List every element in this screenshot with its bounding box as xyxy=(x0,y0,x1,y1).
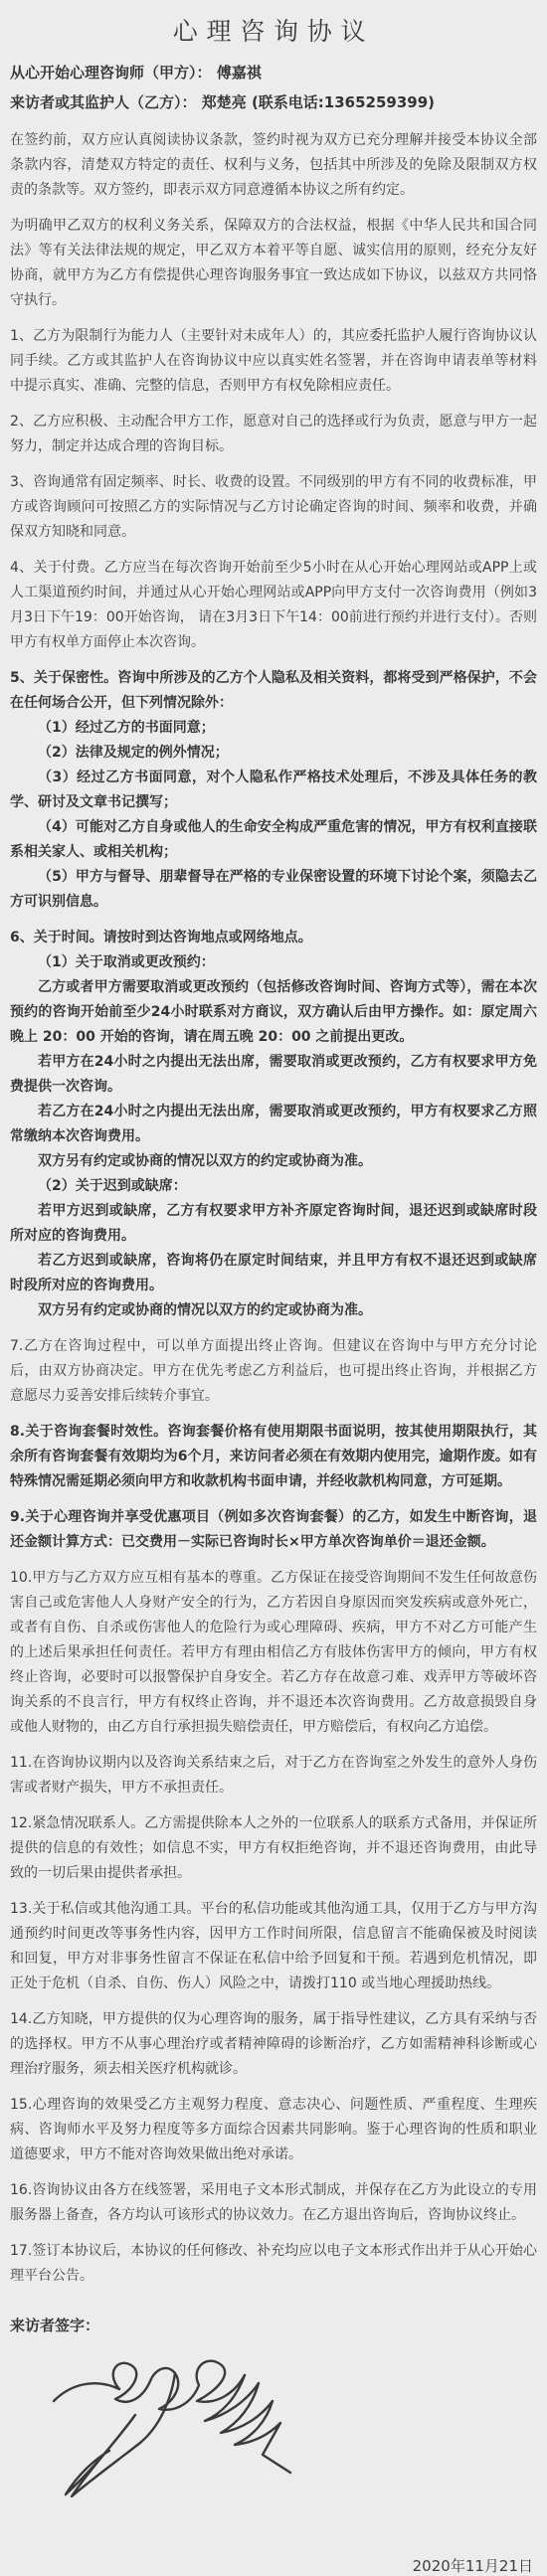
visitor-signature-icon xyxy=(48,2343,296,2502)
agreement-paragraph: 乙方或者甲方需要取消或更改预约（包括修改咨询时间、咨询方式等），需在本次预约的咨… xyxy=(10,975,537,1050)
agreement-paragraph: （5）甲方与督导、朋辈督导在严格的专业保密设置的环境下讨论个案，须隐去乙方可识别… xyxy=(10,865,537,915)
agreement-paragraph: 双方另有约定或协商的情况以双方的约定或协商为准。 xyxy=(10,1298,537,1323)
agreement-paragraph: 13.关于私信或其他沟通工具。平台的私信功能或其他沟通工具，仅用于乙方与甲方沟通… xyxy=(10,1897,537,1996)
signature-area xyxy=(10,2343,537,2507)
agreement-paragraph: 4、关于付费。乙方应当在每次咨询开始前至少5小时在从心开始心理网站或APP上或人… xyxy=(10,556,537,655)
agreement-body: 在签约前，双方应认真阅读协议条款，签约时视为双方已充分理解并接受本协议全部条款内… xyxy=(10,128,537,2289)
agreement-paragraph: 3、咨询通常有固定频率、时长、收费的设置。不同级别的甲方有不同的收费标准，甲方或… xyxy=(10,470,537,545)
agreement-paragraph: 1、乙方为限制行为能力人（主要针对未成年人）的，其应委托监护人履行咨询协议认同手… xyxy=(10,324,537,399)
agreement-paragraph: 14.乙方知晓，甲方提供的仅为心理咨询的服务，属于指导性建议，乙方具有采纳与否的… xyxy=(10,2007,537,2082)
party-b-line: 来访者或其监护人（乙方）： 郑楚亮 (联系电话:1365259399) xyxy=(10,87,537,117)
agreement-paragraph: 若甲方在24小时之内提出无法出席，需要取消或更改预约，乙方有权要求甲方免费提供一… xyxy=(10,1050,537,1100)
agreement-paragraph: （2）法律及规定的例外情况； xyxy=(10,741,537,766)
agreement-page: 心理咨询协议 从心开始心理咨询师（甲方）： 傅嘉祺 来访者或其监护人（乙方）： … xyxy=(0,0,547,2576)
signature-date: 2020年11月21日 xyxy=(10,2555,537,2576)
agreement-paragraph: 2、乙方应积极、主动配合甲方工作，愿意对自己的选择或行为负责，愿意与甲方一起努力… xyxy=(10,410,537,459)
agreement-paragraph: 双方另有约定或协商的情况以双方的约定或协商为准。 xyxy=(10,1149,537,1174)
agreement-paragraph: 9.关于心理咨询并享受优惠项目（例如多次咨询套餐）的乙方，如发生中断咨询，退还金… xyxy=(10,1505,537,1555)
agreement-paragraph: 15.心理咨询的效果受乙方主观努力程度、意志决心、问题性质、严重程度、生理疾病、… xyxy=(10,2093,537,2167)
agreement-paragraph: 16.咨询协议由各方在线签署，采用电子文本形式制成，并保存在乙方为此设立的专用服… xyxy=(10,2178,537,2228)
agreement-paragraph: 10.甲方与乙方双方应互相有基本的尊重。乙方保证在接受咨询期间不发生任何故意伤害… xyxy=(10,1566,537,1740)
agreement-paragraph: 6、关于时间。请按时到达咨询地点或网络地点。 xyxy=(10,926,537,950)
agreement-paragraph: 17.签订本协议后，本协议的任何修改、补充均应以电子文本形式作出并于从心开始心理… xyxy=(10,2239,537,2289)
agreement-paragraph: 若甲方迟到或缺席，乙方有权要求甲方补齐原定咨询时间，退还迟到或缺席时段所对应的咨… xyxy=(10,1199,537,1249)
agreement-paragraph: 若乙方在24小时之内提出无法出席，需要取消或更改预约，甲方有权要求乙方照常缴纳本… xyxy=(10,1100,537,1149)
agreement-paragraph: 8.关于咨询套餐时效性。咨询套餐价格有使用期限书面说明，按其使用期限执行，其余所… xyxy=(10,1420,537,1494)
agreement-paragraph: 5、关于保密性。咨询中所涉及的乙方个人隐私及相关资料，都将受到严格保护，不会在任… xyxy=(10,666,537,716)
agreement-paragraph: 12.紧急情况联系人。乙方需提供除本人之外的一位联系人的联系方式备用，并保证所提… xyxy=(10,1811,537,1886)
agreement-paragraph: （1）经过乙方的书面同意； xyxy=(10,716,537,741)
agreement-paragraph: （1）关于取消或更改预约： xyxy=(10,950,537,975)
agreement-paragraph: （4）可能对乙方自身或他人的生命安全构成严重危害的情况，甲方有权利直接联系相关家… xyxy=(10,815,537,865)
agreement-paragraph: 为明确甲乙双方的权利义务关系，保障双方的合法权益，根据《中华人民共和国合同法》等… xyxy=(10,214,537,313)
agreement-paragraph: 7.乙方在咨询过程中，可以单方面提出终止咨询。但建议在咨询中与甲方充分讨论后，由… xyxy=(10,1334,537,1409)
agreement-paragraph: 11.在咨询协议期内以及咨询关系结束之后，对于乙方在咨询室之外发生的意外人身伤害… xyxy=(10,1751,537,1801)
agreement-paragraph: 若乙方迟到或缺席，咨询将仍在原定时间结束，并且甲方有权不退还迟到或缺席时段所对应… xyxy=(10,1249,537,1298)
agreement-paragraph: （2）关于迟到或缺席： xyxy=(10,1174,537,1199)
page-title: 心理咨询协议 xyxy=(10,8,537,58)
party-a-line: 从心开始心理咨询师（甲方）： 傅嘉祺 xyxy=(10,58,537,87)
signature-label: 来访者签字： xyxy=(10,2315,537,2335)
agreement-paragraph: （3）经过乙方书面同意，对个人隐私作严格技术处理后，不涉及具体任务的教学、研讨及… xyxy=(10,766,537,815)
agreement-paragraph: 在签约前，双方应认真阅读协议条款，签约时视为双方已充分理解并接受本协议全部条款内… xyxy=(10,128,537,203)
